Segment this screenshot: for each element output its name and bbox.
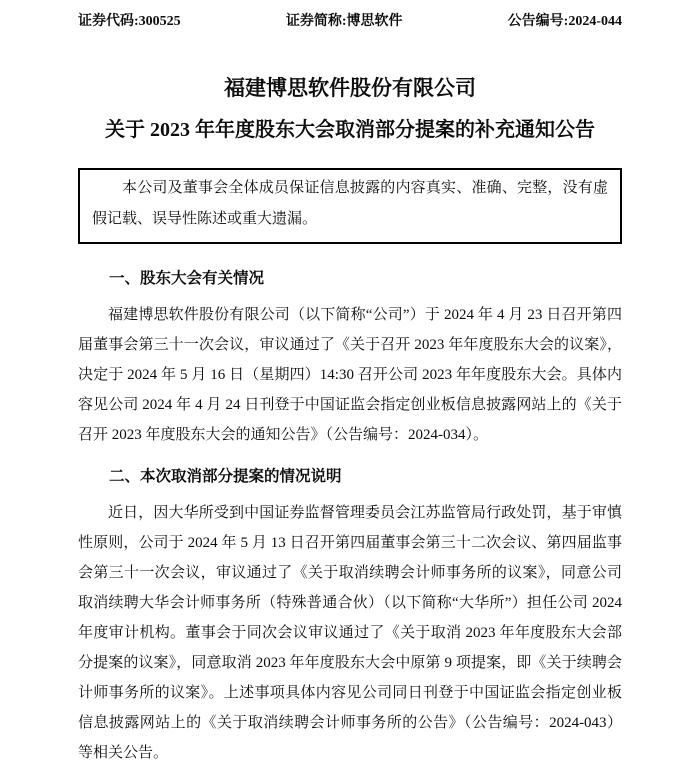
stock-short-name: 证券简称:博思软件 — [286, 12, 403, 32]
section-2-heading: 二、本次取消部分提案的情况说明 — [78, 464, 622, 490]
disclaimer-box: 本公司及董事会全体成员保证信息披露的内容真实、准确、完整，没有虚假记载、误导性陈… — [78, 168, 622, 244]
section-1-paragraph: 福建博思软件股份有限公司（以下简称“公司”）于 2024 年 4 月 23 日召… — [78, 300, 622, 450]
disclaimer-text: 本公司及董事会全体成员保证信息披露的内容真实、准确、完整，没有虚假记载、误导性陈… — [92, 173, 608, 235]
company-title: 福建博思软件股份有限公司 — [78, 74, 622, 102]
announcement-page: 证券代码:300525 证券简称:博思软件 公告编号:2024-044 福建博思… — [0, 0, 700, 776]
document-header: 证券代码:300525 证券简称:博思软件 公告编号:2024-044 — [78, 12, 622, 32]
announcement-title: 关于 2023 年年度股东大会取消部分提案的补充通知公告 — [78, 116, 622, 144]
stock-code: 证券代码:300525 — [78, 12, 181, 32]
section-1-heading: 一、股东大会有关情况 — [78, 266, 622, 292]
section-2-paragraph: 近日，因大华所受到中国证券监督管理委员会江苏监管局行政处罚，基于审慎性原则，公司… — [78, 498, 622, 768]
announcement-number: 公告编号:2024-044 — [508, 12, 622, 32]
